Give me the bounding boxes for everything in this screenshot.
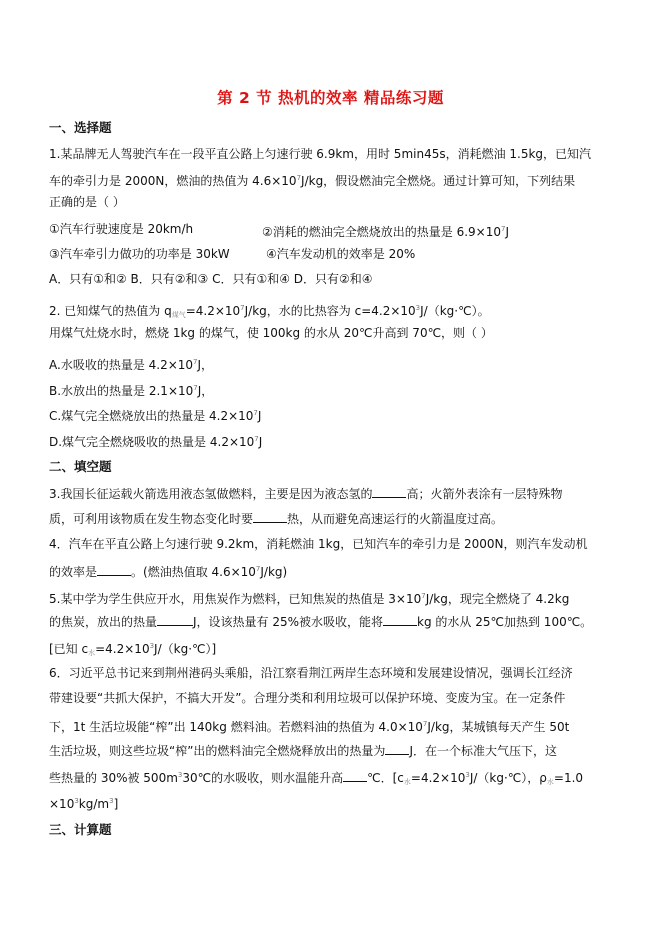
q5-text: 的焦炭，放出的热量	[49, 615, 157, 629]
q6-text: J/（kg·℃），ρ	[470, 771, 547, 785]
q1-choices: A．只有①和② B．只有②和③ C．只有①和④ D．只有②和④	[49, 271, 373, 287]
q2-line-1: 2. 已知煤气的热值为 q煤气=4.2×107J/kg，水的比热容为 c=4.2…	[49, 300, 490, 323]
q1-text: ②消耗的燃油完全燃烧放出的热量是 6.9×10	[262, 225, 501, 239]
q2-text: 2. 已知煤气的热值为 q	[49, 304, 172, 318]
q5-text: J，设该热量有 25%被水吸收，能将	[193, 615, 383, 629]
q1-text: J	[505, 225, 509, 239]
q5-line-1: 5.某中学为学生供应开水，用焦炭作为燃料，已知焦炭的热值是 3×107J/kg，…	[49, 588, 569, 607]
subscript: 水	[404, 778, 411, 786]
q6-text: 30℃的水吸收，则水温能升高	[182, 771, 343, 785]
option-text: C.煤气完全燃烧放出的热量是 4.2×10	[49, 409, 253, 423]
section-heading-calculation: 三、计算题	[49, 820, 112, 838]
q6-text: 些热量的 30%被 500m	[49, 771, 178, 785]
option-text: B.水放出的热量是 2.1×10	[49, 384, 193, 398]
q3-line-2: 质，可利用该物质在发生物态变化时要热，从而避免高速运行的火箭温度过高。	[49, 510, 503, 527]
q5-text: J/kg，现完全燃烧了 4.2kg	[426, 592, 570, 606]
q4-line-1: 4．汽车在平直公路上匀速行驶 9.2km，消耗燃油 1kg，已知汽车的牵引力是 …	[49, 536, 588, 552]
q5-text: [已知 c	[49, 642, 88, 656]
q2-option-a: A.水吸收的热量是 4.2×107J，	[49, 354, 213, 373]
q1-statement-3: ③汽车牵引力做功的功率是 30kW	[49, 246, 230, 262]
section-heading-multiple-choice: 一、选择题	[49, 118, 112, 136]
q6-line-4: 生活垃圾，则这些垃圾“榨”出的燃料油完全燃烧释放出的热量为J．在一个标准大气压下…	[49, 742, 557, 759]
option-text: J	[258, 409, 262, 423]
q6-line-2: 带建设要“共抓大保护，不搞大开发”。合理分类和利用垃圾可以保护环境、变废为宝。在…	[49, 690, 565, 706]
q6-text: =4.2×10	[411, 771, 465, 785]
q6-text: =1.0	[554, 771, 583, 785]
q5-text: kg 的水从 25℃加热到 100℃。	[417, 615, 592, 629]
option-text: J	[259, 435, 263, 449]
q1-line-3: 正确的是（ ）	[49, 194, 125, 210]
q6-text: kg/m	[79, 797, 109, 811]
option-text: J，	[198, 358, 214, 372]
q6-text: 下，1t 生活垃圾能“榨”出 140kg 燃料油。若燃料油的热值为 4.0×10	[49, 720, 423, 734]
q2-text: =4.2×10	[186, 304, 240, 318]
q1-line-1: 1.某品牌无人驾驶汽车在一段平直公路上匀速行驶 6.9km，用时 5min45s…	[49, 146, 591, 162]
q6-text: ℃．[c	[367, 771, 404, 785]
q6-line-1: 6．习近平总书记来到荆州港码头乘船，沿江察看荆江两岸生态环境和发展建设情况，强调…	[49, 665, 573, 681]
q2-option-d: D.煤气完全燃烧吸收的热量是 4.2×107J	[49, 431, 262, 450]
q6-line-3: 下，1t 生活垃圾能“榨”出 140kg 燃料油。若燃料油的热值为 4.0×10…	[49, 716, 569, 735]
q5-line-3: [已知 c水=4.2×103J/（kg·℃）]	[49, 638, 216, 661]
q2-line-2: 用煤气灶烧水时，燃烧 1kg 的煤气，使 100kg 的水从 20℃升高到 70…	[49, 325, 493, 341]
q6-line-5: 些热量的 30%被 500m330℃的水吸收，则水温能升高℃．[c水=4.2×1…	[49, 767, 583, 790]
q4-text: 。(燃油热值取 4.6×10	[131, 565, 256, 579]
section-heading-fill-blank: 二、填空题	[49, 457, 112, 475]
answer-blank[interactable]	[253, 510, 287, 523]
subscript: 煤气	[172, 311, 186, 319]
q3-line-1: 3.我国长征运载火箭选用液态氢做燃料，主要是因为液态氢的高；火箭外表涂有一层特殊…	[49, 485, 562, 502]
q5-text: J/（kg·℃）]	[154, 642, 216, 656]
option-text: J，	[198, 384, 214, 398]
q5-text: =4.2×10	[95, 642, 149, 656]
q6-text: J．在一个标准大气压下，这	[409, 744, 557, 758]
q6-text: ×10	[49, 797, 74, 811]
q6-text: J/kg，某城镇每天产生 50t	[427, 720, 569, 734]
q4-line-2: 的效率是。(燃油热值取 4.6×107J/kg)	[49, 561, 287, 580]
answer-blank[interactable]	[343, 769, 367, 782]
document-page: 第 2 节 热机的效率 精品练习题 一、选择题 1.某品牌无人驾驶汽车在一段平直…	[0, 0, 661, 935]
q1-statement-4: ④汽车发动机的效率是 20%	[266, 246, 415, 262]
q1-statement-1: ①汽车行驶速度是 20km/h	[49, 221, 193, 237]
q4-text: J/kg)	[260, 565, 287, 579]
q2-option-c: C.煤气完全燃烧放出的热量是 4.2×107J	[49, 405, 261, 424]
q6-text: ]	[114, 797, 119, 811]
q6-text: 生活垃圾，则这些垃圾“榨”出的燃料油完全燃烧释放出的热量为	[49, 744, 385, 758]
q1-text: 车的牵引力是 2000N，燃油的热值为 4.6×10	[49, 174, 297, 188]
page-title: 第 2 节 热机的效率 精品练习题	[0, 86, 661, 108]
answer-blank[interactable]	[372, 485, 406, 498]
q1-line-2: 车的牵引力是 2000N，燃油的热值为 4.6×107J/kg，假设燃油完全燃烧…	[49, 170, 575, 189]
q5-text: 5.某中学为学生供应开水，用焦炭作为燃料，已知焦炭的热值是 3×10	[49, 592, 421, 606]
answer-blank[interactable]	[385, 742, 409, 755]
q4-text: 的效率是	[49, 565, 97, 579]
q6-line-6: ×103kg/m3]	[49, 793, 118, 812]
answer-blank[interactable]	[383, 613, 417, 626]
q5-line-2: 的焦炭，放出的热量J，设该热量有 25%被水吸收，能将kg 的水从 25℃加热到…	[49, 613, 592, 630]
q3-text: 高；火箭外表涂有一层特殊物	[406, 487, 562, 501]
subscript: 水	[547, 778, 554, 786]
q2-text: J/（kg·℃）。	[420, 304, 489, 318]
q3-text: 热，从而避免高速运行的火箭温度过高。	[287, 512, 503, 526]
option-text: A.水吸收的热量是 4.2×10	[49, 358, 193, 372]
answer-blank[interactable]	[97, 563, 131, 576]
answer-blank[interactable]	[157, 613, 193, 626]
q3-text: 3.我国长征运载火箭选用液态氢做燃料，主要是因为液态氢的	[49, 487, 372, 501]
q2-text: J/kg，水的比热容为 c=4.2×10	[245, 304, 416, 318]
q2-option-b: B.水放出的热量是 2.1×107J，	[49, 380, 213, 399]
q3-text: 质，可利用该物质在发生物态变化时要	[49, 512, 253, 526]
option-text: D.煤气完全燃烧吸收的热量是 4.2×10	[49, 435, 254, 449]
q1-statement-2: ②消耗的燃油完全燃烧放出的热量是 6.9×107J	[262, 221, 509, 240]
q1-text: J/kg，假设燃油完全燃烧。通过计算可知，下列结果	[301, 174, 575, 188]
